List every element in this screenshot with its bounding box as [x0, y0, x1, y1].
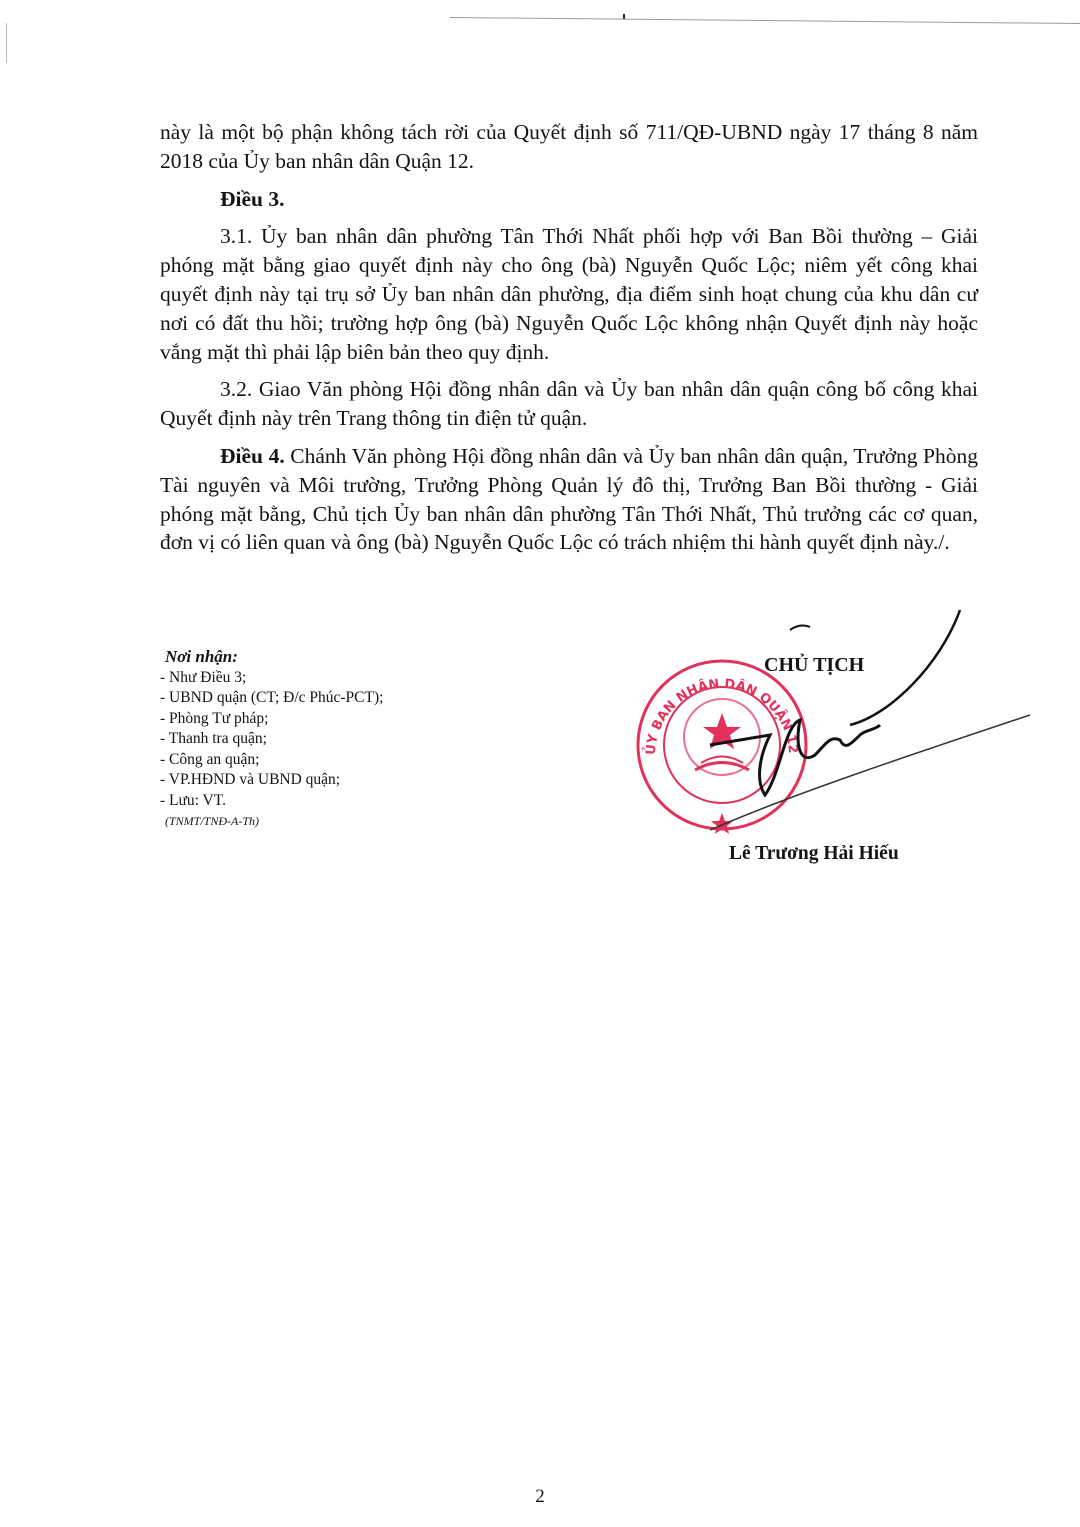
scan-artifact-line [450, 17, 1080, 24]
recipient-item: - VP.HĐND và UBND quận; [160, 770, 383, 791]
document-body: này là một bộ phận không tách rời của Qu… [160, 118, 978, 557]
signer-title: CHỦ TỊCH [764, 654, 864, 677]
signer-name: Lê Trương Hải Hiếu [729, 843, 899, 865]
recipient-item: - UBND quận (CT; Đ/c Phúc-PCT); [160, 688, 383, 709]
page-number: 2 [0, 1486, 1080, 1508]
recipients-block: Nơi nhận: - Như Điều 3; - UBND quận (CT;… [160, 647, 383, 832]
scan-artifact-dot [623, 14, 625, 19]
continuation-paragraph: này là một bộ phận không tách rời của Qu… [160, 118, 978, 176]
article-4-paragraph: Điều 4. Chánh Văn phòng Hội đồng nhân dâ… [160, 442, 978, 557]
clause-3-1: 3.1. Ủy ban nhân dân phường Tân Thới Nhấ… [160, 222, 978, 366]
article-3-heading: Điều 3. [160, 185, 978, 214]
scan-artifact-edge [6, 23, 7, 63]
clause-3-2: 3.2. Giao Văn phòng Hội đồng nhân dân và… [160, 375, 978, 433]
reference-code: (TNMT/TNĐ-A-Th) [165, 811, 383, 832]
handwritten-signature-icon [690, 605, 1040, 845]
recipients-title: Nơi nhận: [165, 647, 383, 668]
recipient-item: - Như Điều 3; [160, 668, 383, 689]
recipient-item: - Công an quận; [160, 750, 383, 771]
article-4-heading: Điều 4. [220, 444, 285, 468]
recipient-item: - Phòng Tư pháp; [160, 709, 383, 730]
recipient-item: - Lưu: VT. [160, 791, 383, 812]
recipient-item: - Thanh tra quận; [160, 729, 383, 750]
